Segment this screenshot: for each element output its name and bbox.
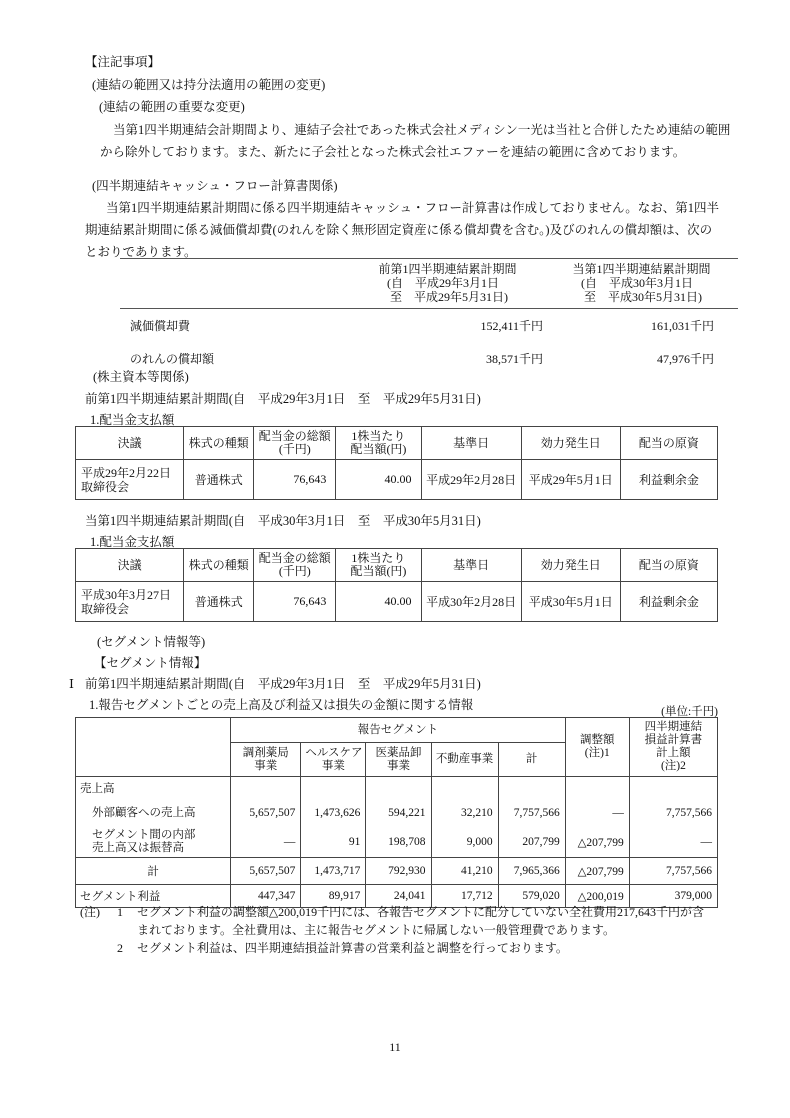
document-page: 【注記事項】 (連結の範囲又は持分法適用の範囲の変更) (連結の範囲の重要な変更… xyxy=(0,0,790,1118)
depreciation-table: 前第1四半期連結累計期間 (自 平成29年3月1日 至 平成29年5月31日) … xyxy=(120,258,738,375)
col-header-stock-type: 株式の種類 xyxy=(184,549,254,582)
prev-value: 38,571千円 xyxy=(350,342,545,375)
segment-period: 前第1四半期連結累計期間(自 平成29年3月1日 至 平成29年5月31日) xyxy=(85,676,481,693)
col-header-source: 配当の原資 xyxy=(620,427,717,460)
effective-date-cell: 平成29年5月1日 xyxy=(521,460,620,500)
page-number: 11 xyxy=(0,1040,790,1055)
curr-period-dates: (自 平成30年3月1日 至 平成30年5月31日) xyxy=(581,276,702,304)
effective-date-cell: 平成30年5月1日 xyxy=(521,582,620,622)
col-header-source: 配当の原資 xyxy=(620,549,717,582)
cell: 7,965,366 xyxy=(498,858,565,885)
cell: 198,708 xyxy=(366,827,431,858)
prev-dividend-period: 前第1四半期連結累計期間(自 平成29年3月1日 至 平成29年5月31日) xyxy=(85,391,481,408)
cashflow-paragraph-line2: 期連結累計期間に係る減価償却費(のれんを除く無形固定資産に係る償却費を含む。)及… xyxy=(85,222,712,239)
cell: 9,000 xyxy=(431,827,498,858)
cell: △207,799 xyxy=(565,858,629,885)
dividend-header-row: 決議 株式の種類 配当金の総額 (千円) 1株当たり 配当額(円) 基準日 効力… xyxy=(76,549,718,582)
col-header-wholesale: 医薬品卸 事業 xyxy=(366,743,431,777)
cell xyxy=(565,777,629,800)
cell: 792,930 xyxy=(366,858,431,885)
equity-heading: (株主資本等関係) xyxy=(93,369,189,386)
col-header-healthcare: ヘルスケア 事業 xyxy=(301,743,366,777)
cell: — xyxy=(629,827,717,858)
source-cell: 利益剰余金 xyxy=(620,460,717,500)
stock-type-cell: 普通株式 xyxy=(184,460,254,500)
scope-change-paragraph-line1: 当第1四半期連結会計期間より、連結子会社であった株式会社メディシン一光は当社と合… xyxy=(113,122,730,139)
row-label: 外部顧客への売上高 xyxy=(76,799,231,827)
cell: 7,757,566 xyxy=(629,799,717,827)
total-amount-cell: 76,643 xyxy=(254,460,336,500)
col-header-total-amount: 配当金の総額 (千円) xyxy=(254,549,336,582)
cashflow-paragraph-line1: 当第1四半期連結累計期間に係る四半期連結キャッシュ・フロー計算書は作成しておりま… xyxy=(106,200,719,217)
row-label: セグメント間の内部 売上高又は振替高 xyxy=(76,827,231,858)
cell: 41,210 xyxy=(431,858,498,885)
record-date-cell: 平成30年2月28日 xyxy=(421,582,521,622)
cashflow-heading: (四半期連結キャッシュ・フロー計算書関係) xyxy=(92,178,338,195)
dividend-data-row: 平成29年2月22日 取締役会 普通株式 76,643 40.00 平成29年2… xyxy=(76,460,718,500)
col-header-total-amount: 配当金の総額 (千円) xyxy=(254,427,336,460)
cell: 1,473,626 xyxy=(301,799,366,827)
cell: 7,757,566 xyxy=(498,799,565,827)
curr-value: 47,976千円 xyxy=(545,342,738,375)
cell: 207,799 xyxy=(498,827,565,858)
notes-title: 【注記事項】 xyxy=(85,54,160,71)
stock-type-cell: 普通株式 xyxy=(184,582,254,622)
blank-header-cell xyxy=(120,259,350,309)
cell: 594,221 xyxy=(366,799,431,827)
segment-row-external-sales: 外部顧客への売上高 5,657,507 1,473,626 594,221 32… xyxy=(76,799,718,827)
cell xyxy=(431,777,498,800)
prev-value: 152,411千円 xyxy=(350,309,545,343)
col-header-resolution: 決議 xyxy=(76,427,184,460)
segment-item-heading: 1.報告セグメントごとの売上高及び利益又は損失の金額に関する情報 xyxy=(89,697,473,714)
cell xyxy=(231,777,301,800)
resolution-cell: 平成30年3月27日 取締役会 xyxy=(76,582,184,622)
col-header-per-share: 1株当たり 配当額(円) xyxy=(336,427,421,460)
segment-row-total: 計 5,657,507 1,473,717 792,930 41,210 7,9… xyxy=(76,858,718,885)
blank-header-cell xyxy=(76,718,231,777)
prev-period-header: 前第1四半期連結累計期間 (自 平成29年3月1日 至 平成29年5月31日) xyxy=(350,259,545,309)
scope-change-subheading: (連結の範囲の重要な変更) xyxy=(99,99,245,116)
note-2-number: 2 xyxy=(117,940,123,957)
dividend-table-curr: 決議 株式の種類 配当金の総額 (千円) 1株当たり 配当額(円) 基準日 効力… xyxy=(75,548,718,622)
note-1-line2: まれております。全社費用は、主に報告セグメントに帰属しない一般管理費であります。 xyxy=(137,922,615,939)
curr-value: 161,031千円 xyxy=(545,309,738,343)
prev-period-title: 前第1四半期連結累計期間 xyxy=(350,262,545,276)
scope-change-heading: (連結の範囲又は持分法適用の範囲の変更) xyxy=(92,77,325,94)
segment-subheading: 【セグメント情報】 xyxy=(94,655,206,672)
col-header-consolidated-total: 四半期連結 損益計算書 計上額 (注)2 xyxy=(629,718,717,777)
col-header-resolution: 決議 xyxy=(76,549,184,582)
source-cell: 利益剰余金 xyxy=(620,582,717,622)
segment-roman-numeral: Ⅰ xyxy=(69,676,74,693)
scope-change-paragraph-line2: から除外しております。また、新たに子会社となった株式会社エファーを連結の範囲に含… xyxy=(100,144,685,161)
col-header-effective-date: 効力発生日 xyxy=(521,427,620,460)
segment-header-row-1: 報告セグメント 調整額 (注)1 四半期連結 損益計算書 計上額 (注)2 xyxy=(76,718,718,743)
cell xyxy=(301,777,366,800)
curr-period-header: 当第1四半期連結累計期間 (自 平成30年3月1日 至 平成30年5月31日) xyxy=(545,259,738,309)
segment-row-intersegment-sales: セグメント間の内部 売上高又は振替高 — 91 198,708 9,000 20… xyxy=(76,827,718,858)
reporting-segments-group-header: 報告セグメント xyxy=(231,718,565,743)
col-header-effective-date: 効力発生日 xyxy=(521,549,620,582)
note-1-line1: セグメント利益の調整額△200,019千円には、各報告セグメントに配分していない… xyxy=(137,904,704,921)
cell: 1,473,717 xyxy=(301,858,366,885)
col-header-per-share: 1株当たり 配当額(円) xyxy=(336,549,421,582)
cell: 5,657,507 xyxy=(231,858,301,885)
total-amount-cell: 76,643 xyxy=(254,582,336,622)
col-header-adjustment: 調整額 (注)1 xyxy=(565,718,629,777)
note-1-number: 1 xyxy=(117,904,123,921)
cell: △207,799 xyxy=(565,827,629,858)
curr-period-title: 当第1四半期連結累計期間 xyxy=(545,262,738,276)
cell xyxy=(366,777,431,800)
segment-heading: (セグメント情報等) xyxy=(97,634,205,651)
note-2-line1: セグメント利益は、四半期連結損益計算書の営業利益と調整を行っております。 xyxy=(137,940,568,957)
col-header-record-date: 基準日 xyxy=(421,427,521,460)
cell xyxy=(498,777,565,800)
record-date-cell: 平成29年2月28日 xyxy=(421,460,521,500)
col-header-real-estate: 不動産事業 xyxy=(431,743,498,777)
col-header-subtotal: 計 xyxy=(498,743,565,777)
table-row-goodwill-amortization: のれんの償却額 38,571千円 47,976千円 xyxy=(120,342,738,375)
cell xyxy=(629,777,717,800)
prev-period-dates: (自 平成29年3月1日 至 平成29年5月31日) xyxy=(387,276,508,304)
per-share-cell: 40.00 xyxy=(336,582,421,622)
col-header-record-date: 基準日 xyxy=(421,549,521,582)
segment-table: 報告セグメント 調整額 (注)1 四半期連結 損益計算書 計上額 (注)2 調剤… xyxy=(75,717,718,908)
row-label: 計 xyxy=(76,858,231,885)
curr-dividend-period: 当第1四半期連結累計期間(自 平成30年3月1日 至 平成30年5月31日) xyxy=(85,513,481,530)
cell: 32,210 xyxy=(431,799,498,827)
cell: — xyxy=(231,827,301,858)
table-row-depreciation: 減価償却費 152,411千円 161,031千円 xyxy=(120,309,738,343)
per-share-cell: 40.00 xyxy=(336,460,421,500)
cell: — xyxy=(565,799,629,827)
resolution-cell: 平成29年2月22日 取締役会 xyxy=(76,460,184,500)
row-label: 減価償却費 xyxy=(120,309,350,343)
col-header-pharmacy: 調剤薬局 事業 xyxy=(231,743,301,777)
row-label: 売上高 xyxy=(76,777,231,800)
dividend-data-row: 平成30年3月27日 取締役会 普通株式 76,643 40.00 平成30年2… xyxy=(76,582,718,622)
segment-row-sales: 売上高 xyxy=(76,777,718,800)
cell: 91 xyxy=(301,827,366,858)
dividend-header-row: 決議 株式の種類 配当金の総額 (千円) 1株当たり 配当額(円) 基準日 効力… xyxy=(76,427,718,460)
col-header-stock-type: 株式の種類 xyxy=(184,427,254,460)
cell: 7,757,566 xyxy=(629,858,717,885)
dividend-table-prev: 決議 株式の種類 配当金の総額 (千円) 1株当たり 配当額(円) 基準日 効力… xyxy=(75,426,718,500)
segment-notes-label: (注) xyxy=(80,904,100,921)
cell: 5,657,507 xyxy=(231,799,301,827)
